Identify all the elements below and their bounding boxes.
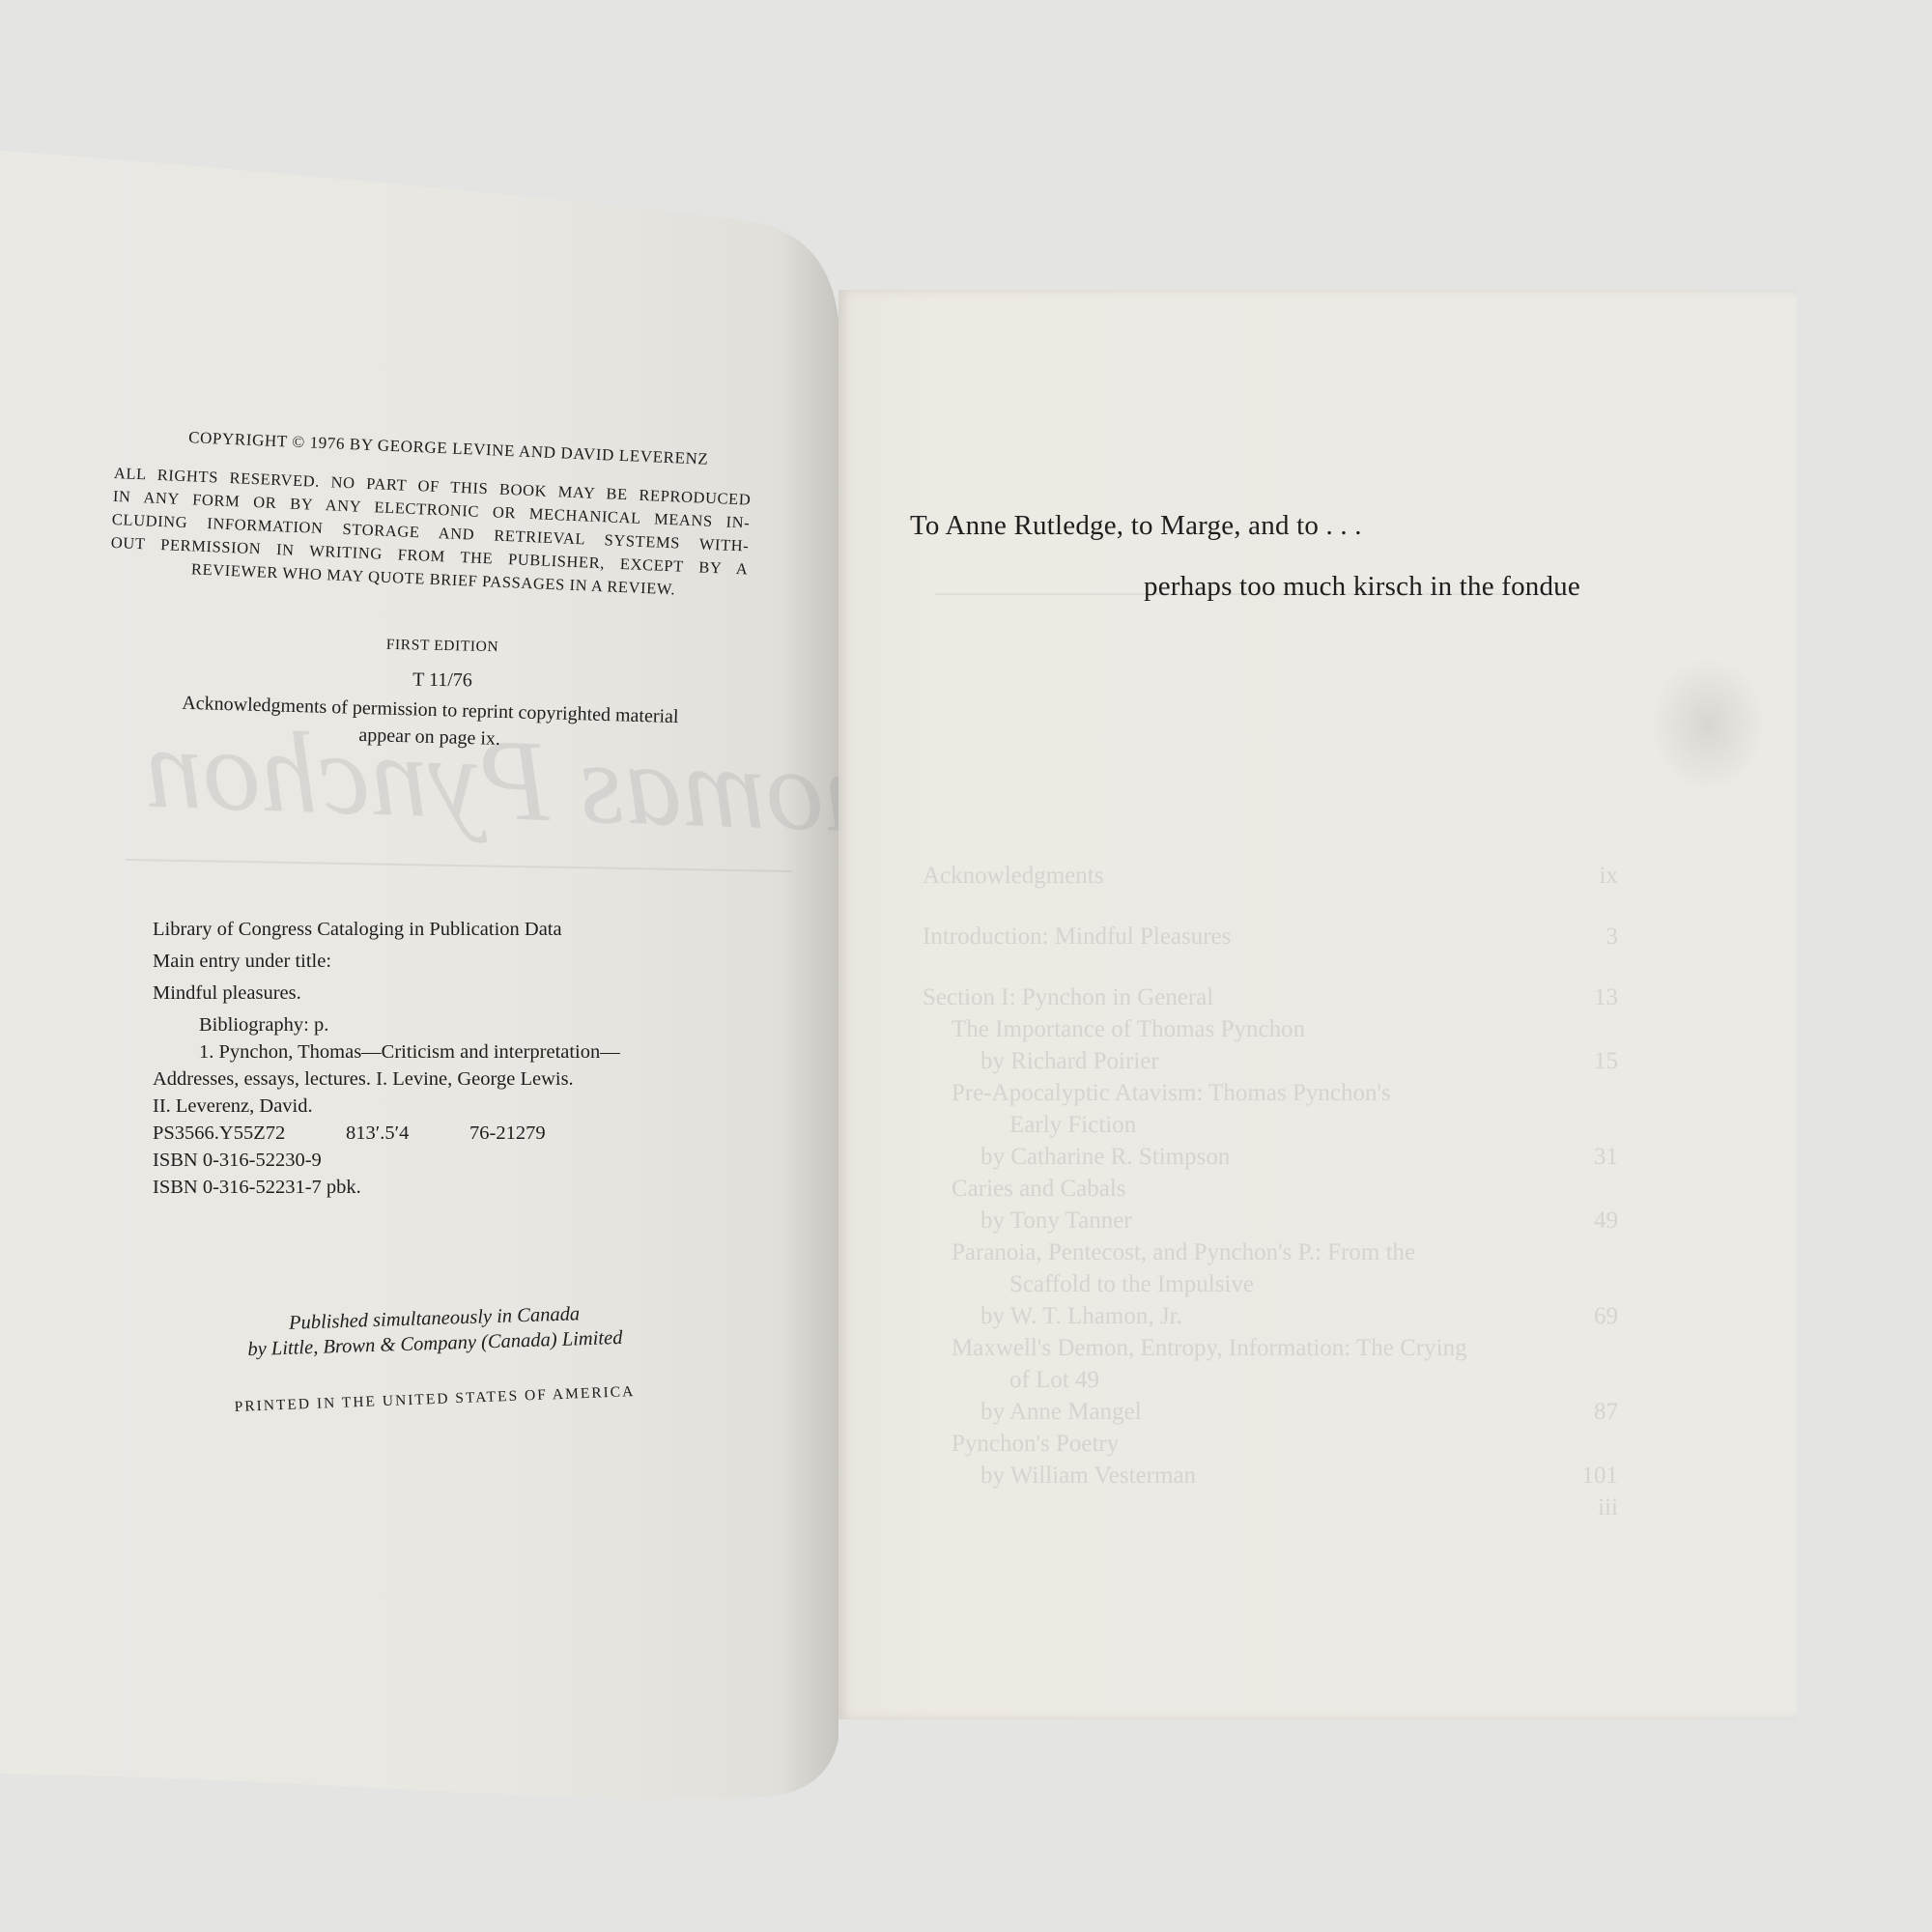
right-page-dedication [838,290,1797,1719]
dedication-line-1: To Anne Rutledge, to Marge, and to . . . [910,510,1362,542]
page-shadow [1650,657,1766,792]
copyright-notice: COPYRIGHT © 1976 BY GEORGE LEVINE AND DA… [115,425,753,471]
cip-isbn-paper: ISBN 0-316-52231-7 pbk. [153,1174,732,1201]
canada-publication-note: Published simultaneously in Canada by Li… [163,1297,705,1365]
cip-bibliography: Bibliography: p. [153,1011,732,1038]
ghost-show-through-rule [126,859,792,872]
cip-title: Mindful pleasures. [153,980,732,1007]
cip-classification-row: PS3566.Y55Z72813′.5′476-21279 [153,1120,732,1147]
cip-call-number: PS3566.Y55Z72 [153,1120,346,1147]
rights-block: COPYRIGHT © 1976 BY GEORGE LEVINE AND DA… [109,425,753,604]
cip-lccn: 76-21279 [469,1120,546,1147]
cip-heading: Library of Congress Cataloging in Public… [153,916,732,943]
cip-main-entry: Main entry under title: [153,948,732,975]
dedication-line-2: perhaps too much kirsch in the fondue [1144,571,1580,603]
cip-data-block: Library of Congress Cataloging in Public… [153,916,732,1201]
cip-isbn-cloth: ISBN 0-316-52230-9 [153,1147,732,1174]
book-photo: Thomas Pynchon COPYRIGHT © 1976 BY GEORG… [0,0,1932,1932]
printed-in-notice: PRINTED IN THE UNITED STATES OF AMERICA [174,1381,696,1419]
left-page-copyright: Thomas Pynchon COPYRIGHT © 1976 BY GEORG… [0,0,838,1932]
edition-label: FIRST EDITION [124,631,761,662]
acknowledgments-note: Acknowledgments of permission to reprint… [120,688,739,759]
cip-subject-3: II. Leverenz, David. [153,1093,732,1120]
cip-dewey: 813′.5′4 [346,1120,469,1147]
cip-subject-1: 1. Pynchon, Thomas—Criticism and interpr… [153,1038,732,1065]
cip-subject-2: Addresses, essays, lectures. I. Levine, … [153,1065,732,1093]
